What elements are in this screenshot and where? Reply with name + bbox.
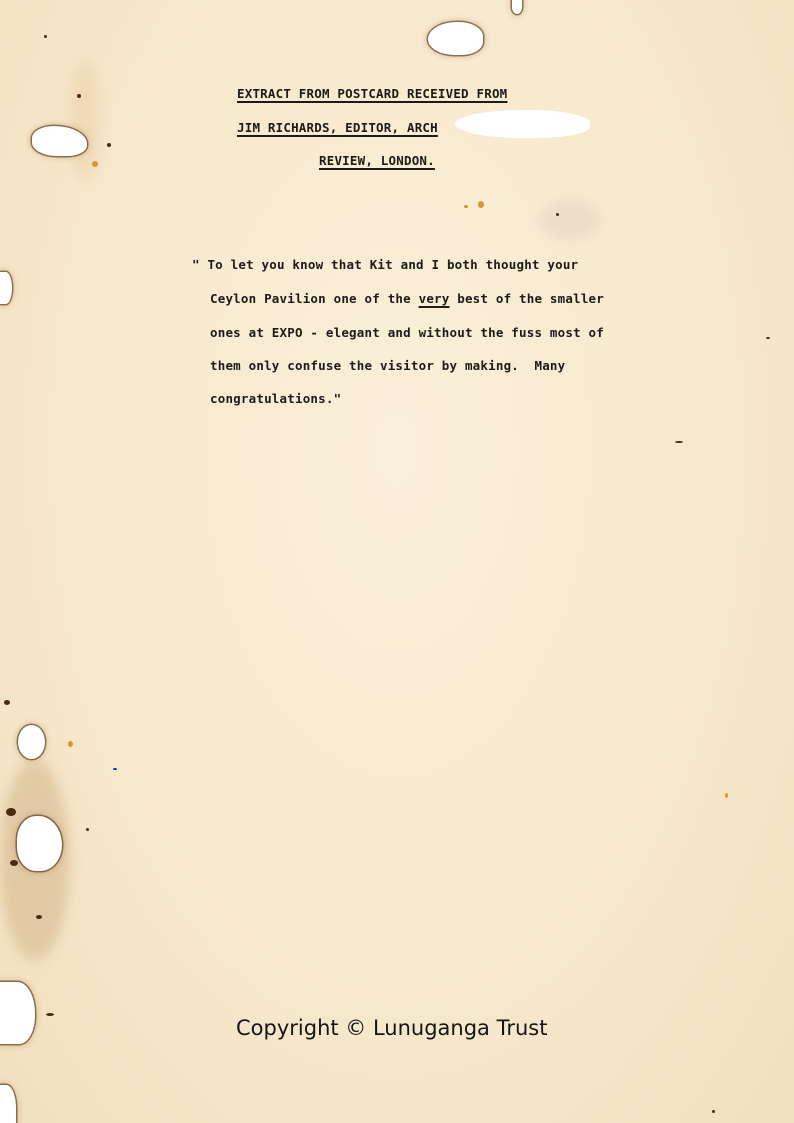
ink-speck xyxy=(113,768,117,770)
ink-speck xyxy=(10,860,18,866)
heading-line-3: REVIEW, LONDON. xyxy=(319,153,435,168)
paper-hole xyxy=(17,816,62,871)
ink-speck xyxy=(766,337,770,339)
copyright-watermark: Copyright © Lunuganga Trust xyxy=(236,1016,547,1040)
ink-speck xyxy=(712,1110,715,1113)
ink-speck xyxy=(6,808,16,816)
quote-line-2-start: Ceylon Pavilion one of the xyxy=(210,291,419,306)
ink-speck xyxy=(4,700,10,705)
paper-hole xyxy=(428,22,483,55)
rust-speck xyxy=(478,201,484,208)
quote-line-2-end: best of the smaller xyxy=(450,291,605,306)
ink-speck xyxy=(77,94,81,98)
rust-speck xyxy=(725,793,728,798)
ink-speck xyxy=(556,213,559,216)
ink-speck xyxy=(36,915,42,919)
paper-hole xyxy=(18,725,45,759)
aged-paper-background xyxy=(0,0,794,1123)
quote-line-1: " To let you know that Kit and I both th… xyxy=(192,257,578,272)
rust-speck xyxy=(464,205,468,208)
paper-hole xyxy=(512,0,522,14)
heading-line-1: EXTRACT FROM POSTCARD RECEIVED FROM xyxy=(237,86,507,101)
rust-speck xyxy=(92,161,98,167)
quote-line-4: them only confuse the visitor by making.… xyxy=(210,358,565,373)
emphasized-word: very xyxy=(419,291,450,306)
ink-speck xyxy=(107,143,111,147)
paper-stain xyxy=(540,200,600,240)
ink-speck xyxy=(86,828,89,831)
quote-line-5: congratulations." xyxy=(210,391,341,406)
paper-hole xyxy=(0,982,35,1044)
rust-speck xyxy=(68,741,73,747)
ink-speck xyxy=(44,35,47,38)
paper-hole xyxy=(455,110,590,138)
quote-line-2: Ceylon Pavilion one of the very best of … xyxy=(210,291,604,306)
quote-line-3: ones at EXPO - elegant and without the f… xyxy=(210,325,604,340)
heading-line-2: JIM RICHARDS, EDITOR, ARCH xyxy=(237,120,438,135)
ink-speck xyxy=(675,441,683,443)
paper-hole xyxy=(0,272,12,304)
ink-speck xyxy=(46,1013,54,1016)
